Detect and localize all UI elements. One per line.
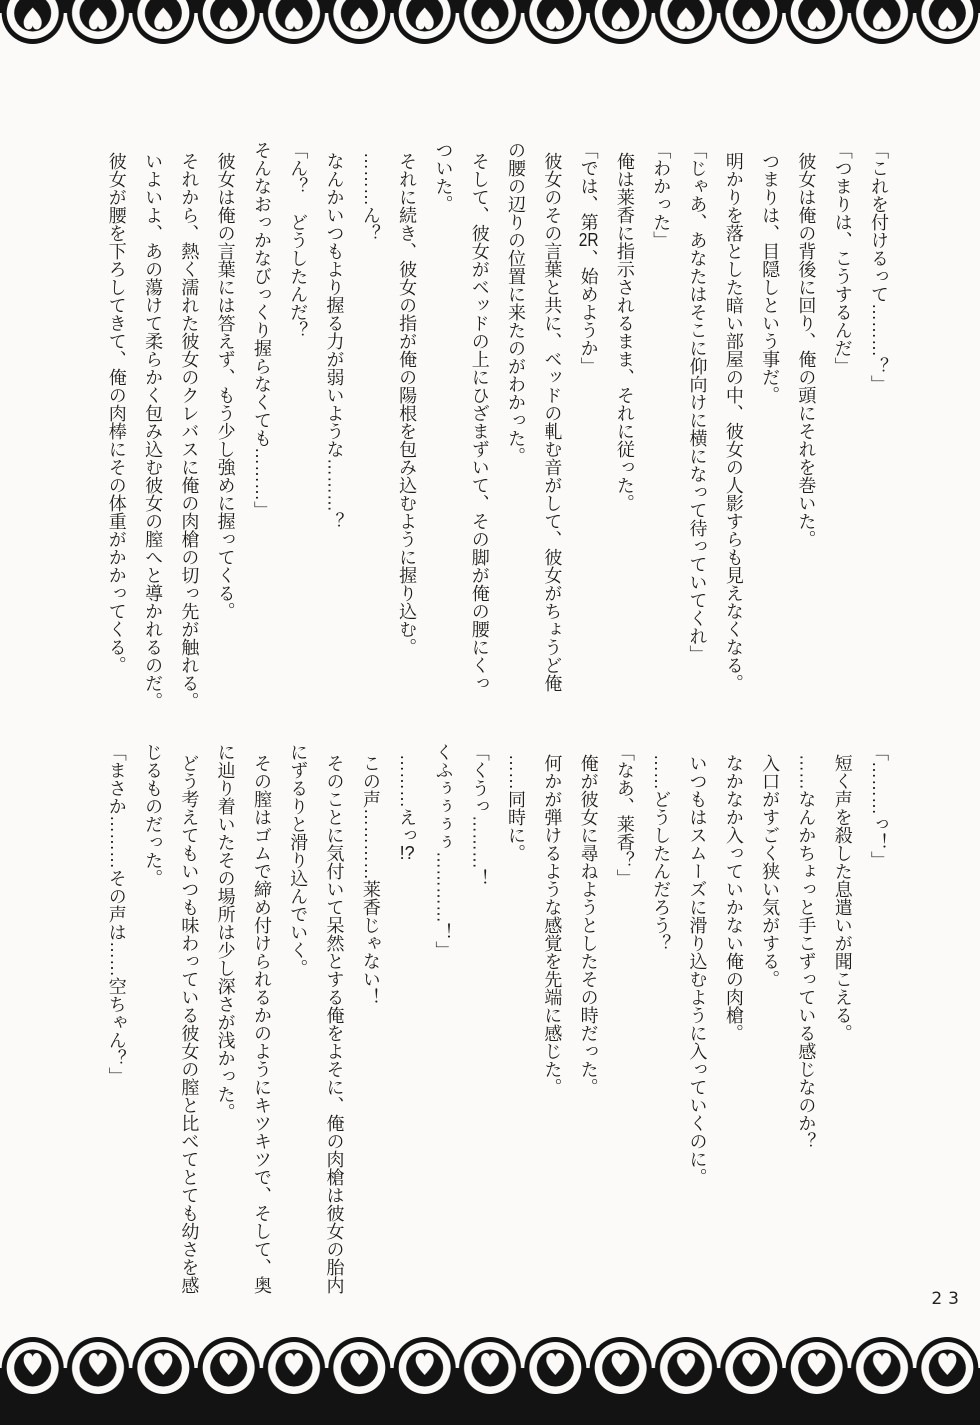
text-column: 「わかった」 <box>643 141 679 719</box>
text-column: 俺が彼女に尋ねようとしたその時だった。 <box>570 743 606 1325</box>
text-column: ………えっ!? <box>389 743 425 1325</box>
text-column: ………ん？ <box>353 141 389 719</box>
text-column: の腰の辺りの位置に来たのがわかった。 <box>498 141 534 719</box>
text-column: 「では、第2R、始めようか」 <box>570 141 606 719</box>
text-column: 彼女は俺の言葉には答えず、もう少し強めに握ってくる。 <box>207 141 243 719</box>
text-column: いよいよ、あの蕩けて柔らかく包み込む彼女の膣へと導かれるのだ。 <box>135 141 171 719</box>
doujin-text-page: 「これを付けるって………？」「つまりは、こうするんだ」彼女は俺の背後に回り、俺の… <box>0 0 980 1425</box>
text-column: どう考えてもいつも味わっている彼女の膣と比べてとても幼さを感 <box>171 743 207 1325</box>
text-column: それに続き、彼女の指が俺の陽根を包み込むように握り込む。 <box>389 141 425 719</box>
text-column: 「ん？ どうしたんだ？ <box>280 141 316 719</box>
text-column: 彼女が腰を下ろしてきて、俺の肉棒にその体重がかかってくる。 <box>98 141 134 719</box>
text-column: そのことに気付いて呆然とする俺をよそに、俺の肉槍は彼女の胎内 <box>316 743 352 1325</box>
text-column: そんなおっかなびっくり握らなくても………」 <box>244 141 280 719</box>
text-column: 何かが弾けるような感覚を先端に感じた。 <box>534 743 570 1325</box>
text-column: 「まさか………その声は……空ちゃん？」 <box>98 743 134 1325</box>
tatechuyoko-text: !? <box>397 844 417 862</box>
text-column: 「これを付けるって………？」 <box>861 141 897 719</box>
lace-border-top <box>0 0 980 50</box>
text-column: 短く声を殺した息遣いが聞こえる。 <box>824 743 860 1325</box>
page-number: 23 <box>931 1289 965 1309</box>
text-column: その膣はゴムで締め付けられるかのようにキツキツで、そして、奥 <box>244 743 280 1325</box>
text-column: 明かりを落とした暗い部屋の中、彼女の人影すらも見えなくなる。 <box>716 141 752 719</box>
lower-text-block: 「………っ！」短く声を殺した息遣いが聞こえる。……なんかちょっと手こずっている感… <box>98 743 897 1325</box>
text-column: この声…………莱香じゃない！ <box>353 743 389 1325</box>
text-column: そして、彼女がベッドの上にひざまずいて、その脚が俺の腰にくっ <box>461 141 497 719</box>
text-column: それから、熱く濡れた彼女のクレバスに俺の肉槍の切っ先が触れる。 <box>171 141 207 719</box>
text-column: 入口がすごく狭い気がする。 <box>752 743 788 1325</box>
text-column: くふぅぅぅぅ…………！」 <box>425 743 461 1325</box>
text-column: 彼女は俺の背後に回り、俺の頭にそれを巻いた。 <box>788 141 824 719</box>
text-column: つまりは、目隠しという事だ。 <box>752 141 788 719</box>
text-column: ……どうしたんだろう？ <box>643 743 679 1325</box>
text-column: じるものだった。 <box>135 743 171 1325</box>
text-column: 「くうっ………！ <box>461 743 497 1325</box>
text-column: 「なあ、莱香？」 <box>607 743 643 1325</box>
text-column: 俺は莱香に指示されるまま、それに従った。 <box>607 141 643 719</box>
lace-border-bottom <box>0 1331 980 1425</box>
text-column: に辿り着いたその場所は少し深さが浅かった。 <box>207 743 243 1325</box>
text-column: なんかいつもより握る力が弱いような………？ <box>316 141 352 719</box>
text-column: 「じゃあ、あなたはそこに仰向けに横になって待っていてくれ」 <box>679 141 715 719</box>
text-column: いつもはスムーズに滑り込むように入っていくのに。 <box>679 743 715 1325</box>
text-column: ……なんかちょっと手こずっている感じなのか？ <box>788 743 824 1325</box>
tatechuyoko-text: 2R <box>579 231 599 249</box>
text-column: ……同時に。 <box>498 743 534 1325</box>
text-column: ついた。 <box>425 141 461 719</box>
text-column: 「つまりは、こうするんだ」 <box>824 141 860 719</box>
text-column: 「………っ！」 <box>861 743 897 1325</box>
text-column: なかなか入っていかない俺の肉槍。 <box>716 743 752 1325</box>
upper-text-block: 「これを付けるって………？」「つまりは、こうするんだ」彼女は俺の背後に回り、俺の… <box>98 141 897 719</box>
text-column: 彼女のその言葉と共に、ベッドの軋む音がして、彼女がちょうど俺 <box>534 141 570 719</box>
text-column: にずるりと滑り込んでいく。 <box>280 743 316 1325</box>
